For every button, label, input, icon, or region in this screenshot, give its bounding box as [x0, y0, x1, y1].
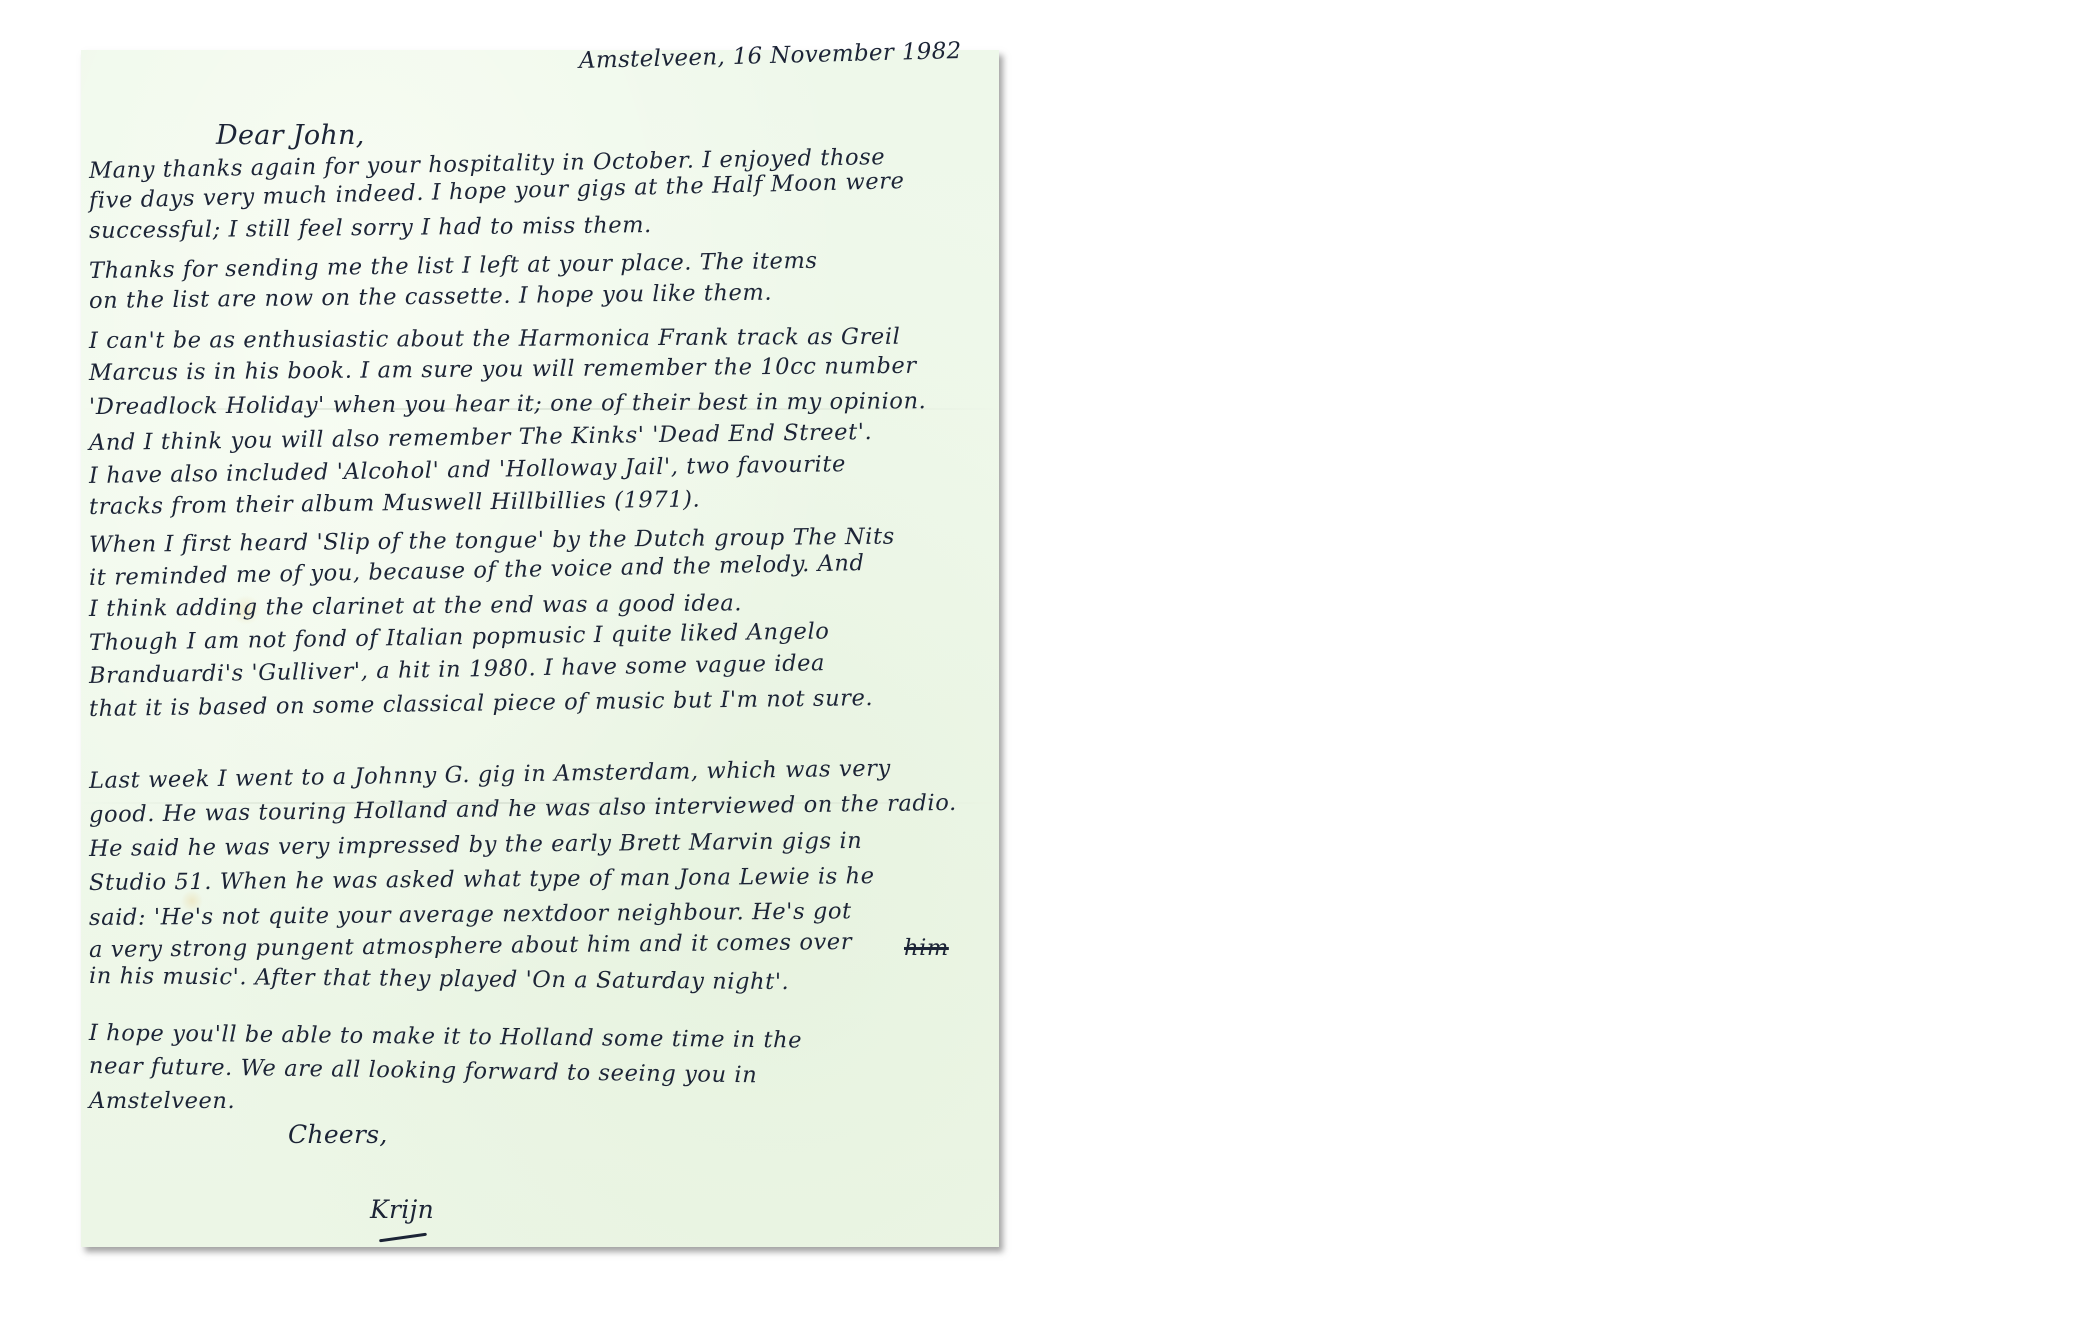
letter-line: that it is based on some classical piece…: [89, 685, 874, 722]
signature-underline: [379, 1233, 427, 1243]
letter-line: tracks from their album Muswell Hillbill…: [89, 487, 701, 520]
letter-line: Studio 51. When he was asked what type o…: [89, 863, 875, 896]
letter-line: Thanks for sending me the list I left at…: [89, 248, 818, 284]
letter-line: He said he was very impressed by the ear…: [89, 828, 863, 862]
letter-line: I can't be as enthusiastic about the Har…: [89, 324, 901, 354]
letter-line: I have also included 'Alcohol' and 'Holl…: [89, 451, 846, 489]
letter-page: Amstelveen, 16 November 1982 Dear John, …: [81, 50, 999, 1247]
letter-line: good. He was touring Holland and he was …: [89, 790, 957, 828]
letter-line: Though I am not fond of Italian popmusic…: [89, 618, 830, 656]
letter-line-text: in his music'. After that they played 'O…: [89, 963, 790, 995]
letter-line: I hope you'll be able to make it to Holl…: [89, 1020, 802, 1053]
letter-line: Branduardi's 'Gulliver', a hit in 1980. …: [89, 650, 825, 689]
letter-signature: Krijn: [370, 1195, 434, 1224]
letter-salutation: Dear John,: [216, 120, 365, 151]
letter-line: Marcus is in his book. I am sure you wil…: [89, 353, 917, 386]
letter-line: on the list are now on the cassette. I h…: [89, 280, 772, 314]
letter-line: near future. We are all looking forward …: [89, 1053, 758, 1088]
struck-word: him: [904, 935, 949, 961]
letter-closing: Cheers,: [288, 1120, 388, 1149]
letter-line: Last week I went to a Johnny G. gig in A…: [89, 755, 891, 794]
letter-dateline: Amstelveen, 16 November 1982: [579, 38, 962, 74]
letter-line: successful; I still feel sorry I had to …: [89, 212, 652, 244]
letter-line: And I think you will also remember The K…: [89, 419, 873, 456]
letter-line: a very strong pungent atmosphere about h…: [89, 929, 852, 963]
letter-line: 'Dreadlock Holiday' when you hear it; on…: [89, 388, 927, 420]
letter-line: Amstelveen.: [89, 1088, 235, 1114]
letter-line: said: 'He's not quite your average nextd…: [89, 898, 852, 931]
letter-line: in his music'. After that they played 'O…: [89, 963, 790, 995]
letter-line: I think adding the clarinet at the end w…: [89, 590, 742, 622]
